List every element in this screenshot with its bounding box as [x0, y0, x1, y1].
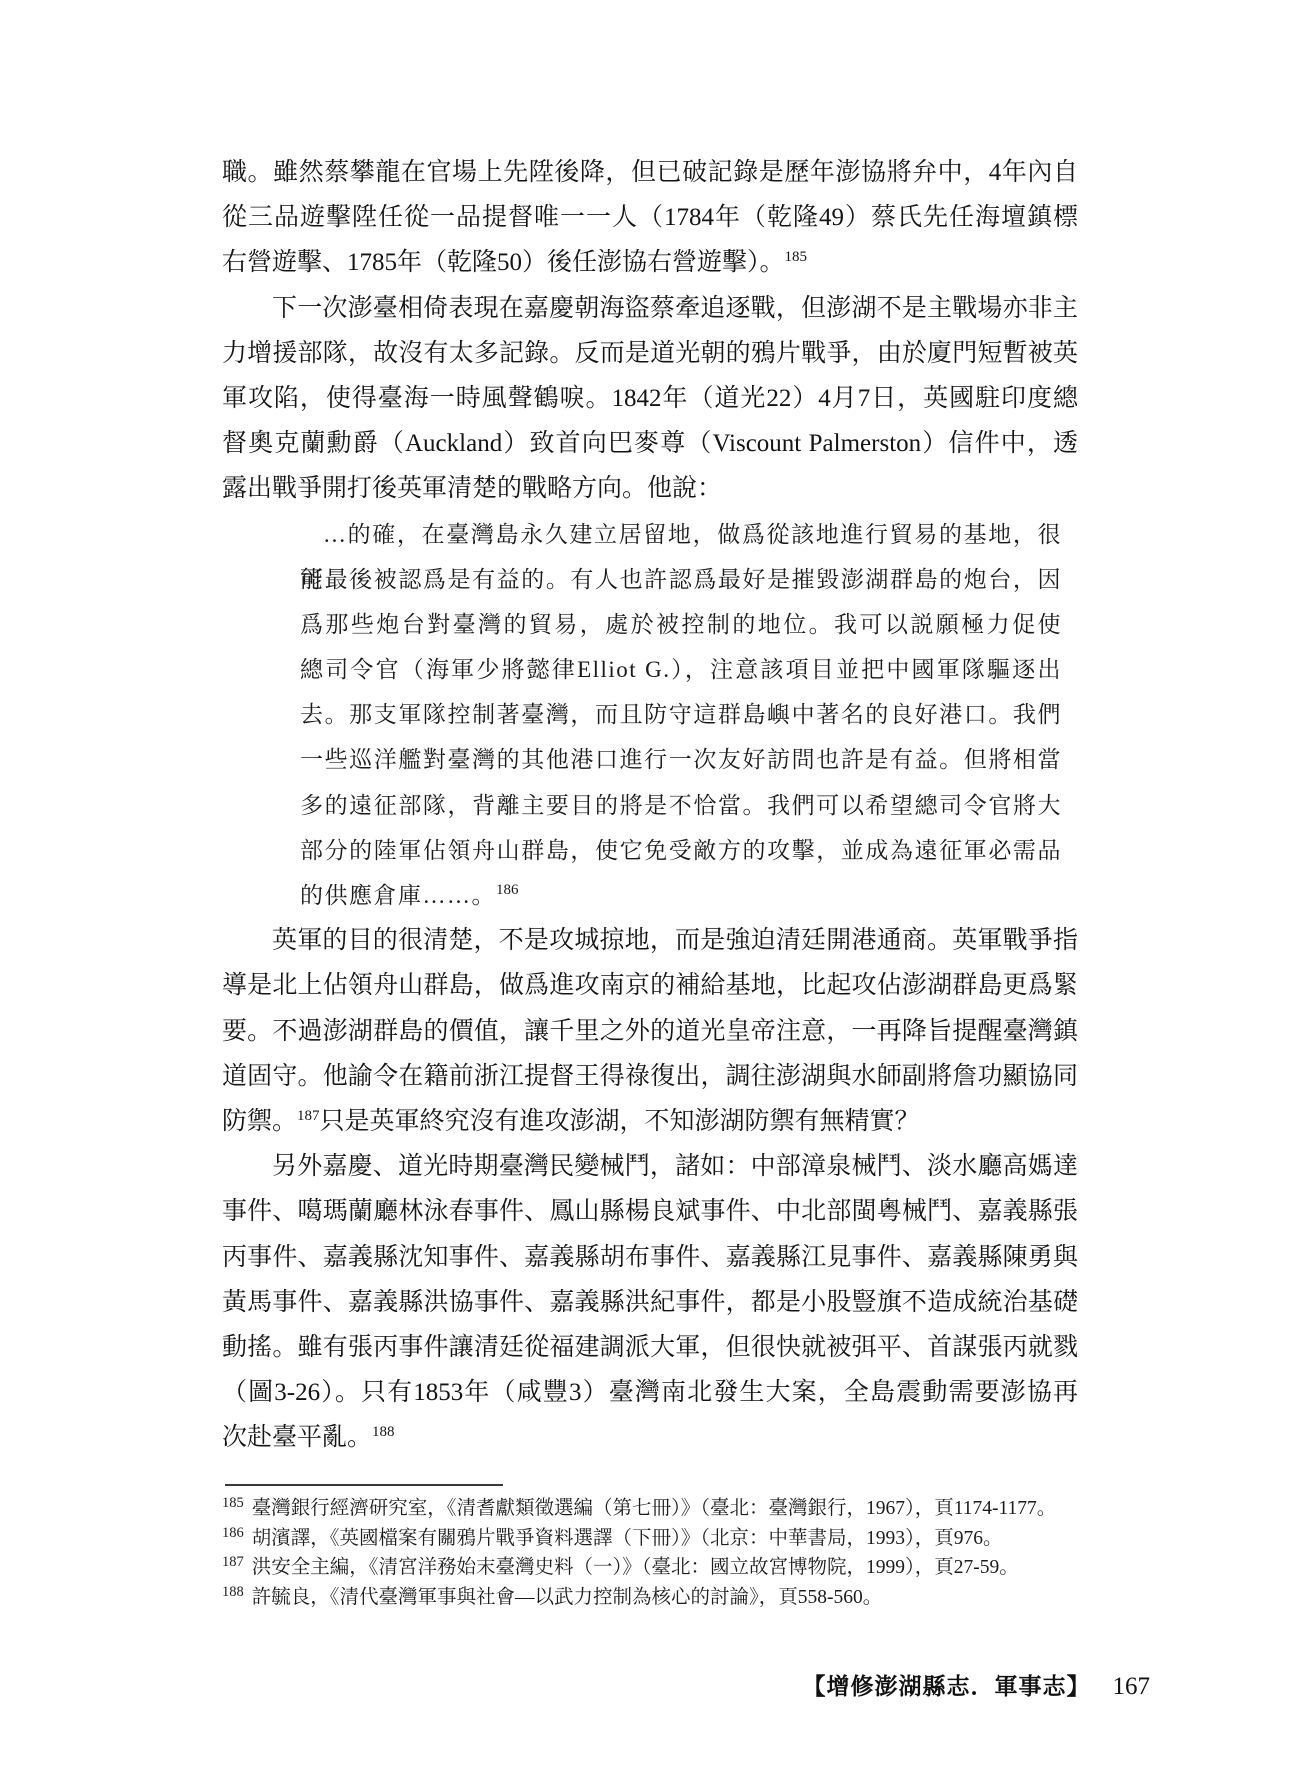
body-line: 道固守。他諭令在籍前浙江提督王得祿復出，調往澎湖與水師副將詹功顯協同 — [222, 1054, 1078, 1099]
quote-line: 去。那支軍隊控制著臺灣，而且防守這群島嶼中著名的良好港口。我們 — [222, 692, 1078, 737]
footnote-text: 臺灣銀行經濟研究室，《清耆獻類徵選編（第七冊）》（臺北：臺灣銀行，1967），頁… — [252, 1498, 1057, 1519]
text-run: 事件、噶瑪蘭廳林泳春事件、鳳山縣楊良斌事件、中北部閩粵械鬥、嘉義縣張 — [222, 1198, 1078, 1225]
text-run: 導是北上佔領舟山群島，做爲進攻南京的補給基地，比起攻佔澎湖群島更爲緊 — [222, 972, 1078, 999]
main-text: 職。雖然蔡攀龍在官場上先陞後降，但已破記錄是歷年澎協將弁中，4年內自從三品遊擊陞… — [222, 150, 1078, 1460]
body-line: 英軍的目的很清楚，不是攻城掠地，而是強迫清廷開港通商。英軍戰爭指 — [222, 918, 1078, 963]
body-line: 次赴臺平亂。188 — [222, 1415, 1078, 1460]
footnote-text: 胡濱譯，《英國檔案有關鴉片戰爭資料選譯（下冊）》（北京：中華書局，1993），頁… — [252, 1528, 1003, 1549]
body-line: 右營遊擊、1785年（乾隆50）後任澎協右營遊擊）。185 — [222, 240, 1078, 285]
footnote: 185臺灣銀行經濟研究室，《清耆獻類徵選編（第七冊）》（臺北：臺灣銀行，1967… — [222, 1494, 1092, 1524]
footnote-number: 188 — [222, 1584, 244, 1600]
footnote-number: 185 — [222, 1495, 244, 1511]
footnote-ref: 188 — [372, 1424, 395, 1440]
footnote-ref: 185 — [785, 249, 808, 265]
quote-line: 總司令官（海軍少將懿律Elliot G.），注意該項目並把中國軍隊驅逐出 — [222, 647, 1078, 692]
text-run: 能最後被認爲是有益的。有人也許認爲最好是摧毀澎湖群島的炮台，因 — [300, 567, 1062, 592]
text-run: 右營遊擊、1785年（乾隆50）後任澎協右營遊擊）。 — [222, 249, 785, 276]
quote-line: 多的遠征部隊，背離主要目的將是不恰當。我們可以希望總司令官將大 — [222, 783, 1078, 828]
footnote: 188許毓良，《清代臺灣軍事與社會—以武力控制為核心的討論》，頁558-560。 — [222, 1583, 1092, 1613]
body-line: 督奧克蘭勳爵（Auckland）致首向巴麥尊（Viscount Palmerst… — [222, 421, 1078, 466]
footnote-number: 187 — [222, 1554, 244, 1570]
body-line: （圖3-26）。只有1853年（咸豐3）臺灣南北發生大案，全島震動需要澎協再 — [222, 1370, 1078, 1415]
quote-line: …的確，在臺灣島永久建立居留地，做爲從該地進行貿易的基地，很可 — [222, 512, 1078, 557]
body-line: 從三品遊擊陞任從一品提督唯一一人（1784年（乾隆49）蔡氏先任海壇鎮標 — [222, 195, 1078, 240]
text-run: 總司令官（海軍少將懿律Elliot G.），注意該項目並把中國軍隊驅逐出 — [300, 657, 1062, 682]
text-run: 露出戰爭開打後英軍清楚的戰略方向。他說： — [222, 475, 722, 502]
body-line: 丙事件、嘉義縣沈知事件、嘉義縣胡布事件、嘉義縣江見事件、嘉義縣陳勇與 — [222, 1235, 1078, 1280]
body-line: 下一次澎臺相倚表現在嘉慶朝海盜蔡牽追逐戰，但澎湖不是主戰場亦非主 — [222, 286, 1078, 331]
footnote-text: 洪安全主編，《清宮洋務始末臺灣史料（一）》（臺北：國立故宮博物院，1999），頁… — [252, 1557, 1019, 1578]
text-run: 黃馬事件、嘉義縣洪協事件、嘉義縣洪紀事件，都是小股豎旗不造成統治基礎 — [222, 1289, 1078, 1316]
text-run: 軍攻陷，使得臺海一時風聲鶴唳。1842年（道光22）4月7日，英國駐印度總 — [222, 385, 1078, 412]
text-run: 職。雖然蔡攀龍在官場上先陞後降，但已破記錄是歷年澎協將弁中，4年內自 — [222, 159, 1078, 186]
body-line: 事件、噶瑪蘭廳林泳春事件、鳳山縣楊良斌事件、中北部閩粵械鬥、嘉義縣張 — [222, 1189, 1078, 1234]
quote-line: 部分的陸軍佔領舟山群島，使它免受敵方的攻擊，並成為遠征軍必需品 — [222, 828, 1078, 873]
text-run: 督奧克蘭勳爵（Auckland）致首向巴麥尊（Viscount Palmerst… — [222, 430, 1078, 457]
text-run: 力增援部隊，故沒有太多記錄。反而是道光朝的鴉片戰爭，由於廈門短暫被英 — [222, 340, 1078, 367]
footnote-number: 186 — [222, 1525, 244, 1541]
text-run: 要。不過澎湖群島的價值，讓千里之外的道光皇帝注意，一再降旨提醒臺灣鎮 — [222, 1018, 1078, 1045]
footnote-ref: 187 — [297, 1108, 320, 1124]
text-run: 防禦。 — [222, 1108, 297, 1135]
page-footer: 【增修澎湖縣志．軍事志】167 — [803, 1668, 1151, 1701]
footer-page-number: 167 — [1113, 1673, 1151, 1700]
footnotes: 185臺灣銀行經濟研究室，《清耆獻類徵選編（第七冊）》（臺北：臺灣銀行，1967… — [222, 1494, 1092, 1612]
text-run: （圖3-26）。只有1853年（咸豐3）臺灣南北發生大案，全島震動需要澎協再 — [222, 1379, 1078, 1406]
text-run: 只是英軍終究沒有進攻澎湖，不知澎湖防禦有無精實？ — [320, 1108, 920, 1135]
text-run: 去。那支軍隊控制著臺灣，而且防守這群島嶼中著名的良好港口。我們 — [300, 702, 1062, 727]
body-line: 動搖。雖有張丙事件讓清廷從福建調派大軍，但很快就被弭平、首謀張丙就戮 — [222, 1325, 1078, 1370]
text-run: 次赴臺平亂。 — [222, 1424, 372, 1451]
text-run: 動搖。雖有張丙事件讓清廷從福建調派大軍，但很快就被弭平、首謀張丙就戮 — [222, 1334, 1078, 1361]
body-line: 另外嘉慶、道光時期臺灣民變械鬥，諸如：中部漳泉械鬥、淡水廳高媽達 — [222, 1144, 1078, 1189]
text-run: 英軍的目的很清楚，不是攻城掠地，而是強迫清廷開港通商。英軍戰爭指 — [272, 927, 1078, 954]
footnote: 186胡濱譯，《英國檔案有關鴉片戰爭資料選譯（下冊）》（北京：中華書局，1993… — [222, 1524, 1092, 1554]
footnote-separator — [225, 1484, 503, 1486]
text-run: 另外嘉慶、道光時期臺灣民變械鬥，諸如：中部漳泉械鬥、淡水廳高媽達 — [272, 1153, 1078, 1180]
text-run: 一些巡洋艦對臺灣的其他港口進行一次友好訪問也許是有益。但將相當 — [300, 747, 1062, 772]
quote-line: 能最後被認爲是有益的。有人也許認爲最好是摧毀澎湖群島的炮台，因 — [222, 557, 1078, 602]
footnote: 187洪安全主編，《清宮洋務始末臺灣史料（一）》（臺北：國立故宮博物院，1999… — [222, 1553, 1092, 1583]
body-line: 力增援部隊，故沒有太多記錄。反而是道光朝的鴉片戰爭，由於廈門短暫被英 — [222, 331, 1078, 376]
body-line: 防禦。187只是英軍終究沒有進攻澎湖，不知澎湖防禦有無精實？ — [222, 1099, 1078, 1144]
footnote-ref: 186 — [496, 882, 519, 898]
body-line: 黃馬事件、嘉義縣洪協事件、嘉義縣洪紀事件，都是小股豎旗不造成統治基礎 — [222, 1280, 1078, 1325]
footnote-text: 許毓良，《清代臺灣軍事與社會—以武力控制為核心的討論》，頁558-560。 — [252, 1587, 883, 1608]
text-run: 部分的陸軍佔領舟山群島，使它免受敵方的攻擊，並成為遠征軍必需品 — [300, 838, 1062, 863]
body-line: 導是北上佔領舟山群島，做爲進攻南京的補給基地，比起攻佔澎湖群島更爲緊 — [222, 963, 1078, 1008]
body-line: 軍攻陷，使得臺海一時風聲鶴唳。1842年（道光22）4月7日，英國駐印度總 — [222, 376, 1078, 421]
text-run: 爲那些炮台對臺灣的貿易，處於被控制的地位。我可以説願極力促使 — [300, 612, 1062, 637]
text-run: 道固守。他諭令在籍前浙江提督王得祿復出，調往澎湖與水師副將詹功顯協同 — [222, 1063, 1078, 1090]
quote-line: 一些巡洋艦對臺灣的其他港口進行一次友好訪問也許是有益。但將相當 — [222, 737, 1078, 782]
body-line: 露出戰爭開打後英軍清楚的戰略方向。他說： — [222, 466, 1078, 511]
body-line: 職。雖然蔡攀龍在官場上先陞後降，但已破記錄是歷年澎協將弁中，4年內自 — [222, 150, 1078, 195]
footer-book-title: 【增修澎湖縣志．軍事志】 — [803, 1674, 1091, 1699]
text-run: 多的遠征部隊，背離主要目的將是不恰當。我們可以希望總司令官將大 — [300, 793, 1062, 818]
quote-line: 的供應倉庫……。186 — [222, 873, 1078, 918]
body-line: 要。不過澎湖群島的價值，讓千里之外的道光皇帝注意，一再降旨提醒臺灣鎮 — [222, 1009, 1078, 1054]
text-run: 下一次澎臺相倚表現在嘉慶朝海盜蔡牽追逐戰，但澎湖不是主戰場亦非主 — [272, 295, 1078, 322]
quote-line: 爲那些炮台對臺灣的貿易，處於被控制的地位。我可以説願極力促使 — [222, 602, 1078, 647]
text-run: 丙事件、嘉義縣沈知事件、嘉義縣胡布事件、嘉義縣江見事件、嘉義縣陳勇與 — [222, 1244, 1078, 1271]
text-run: 的供應倉庫……。 — [300, 883, 496, 908]
text-run: 從三品遊擊陞任從一品提督唯一一人（1784年（乾隆49）蔡氏先任海壇鎮標 — [222, 204, 1078, 231]
